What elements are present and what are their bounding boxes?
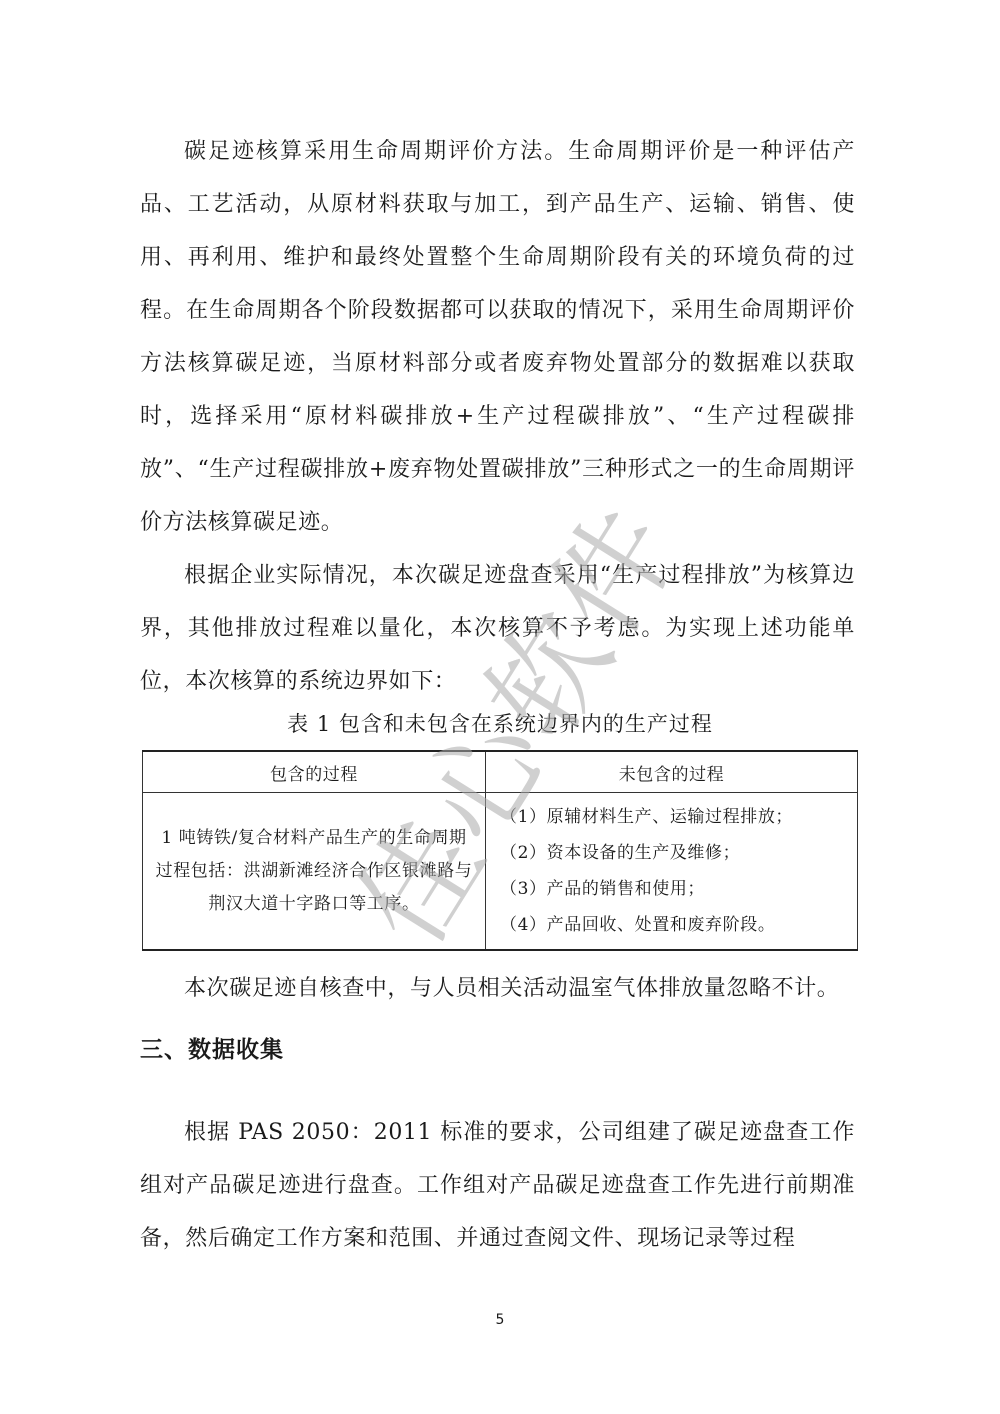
table-header-row: 包含的过程 未包含的过程 — [143, 751, 858, 793]
excluded-item-1: （1）原辅材料生产、运输过程排放； — [500, 799, 843, 835]
page-number: 5 — [0, 1312, 1000, 1328]
header-included: 包含的过程 — [143, 751, 486, 793]
table-row: 1 吨铸铁/复合材料产品生产的生命周期过程包括：洪湖新滩经济合作区银滩路与荆汉大… — [143, 793, 858, 951]
paragraph-personnel-emissions: 本次碳足迹自核查中，与人员相关活动温室气体排放量忽略不计。 — [140, 962, 855, 1015]
excluded-process-cell: （1）原辅材料生产、运输过程排放； （2）资本设备的生产及维修； （3）产品的销… — [486, 793, 858, 951]
header-excluded: 未包含的过程 — [486, 751, 858, 793]
excluded-item-4: （4）产品回收、处置和废弃阶段。 — [500, 907, 843, 943]
excluded-item-3: （3）产品的销售和使用； — [500, 871, 843, 907]
paragraph-pas2050: 根据 PAS 2050：2011 标准的要求，公司组建了碳足迹盘查工作组对产品碳… — [140, 1106, 855, 1265]
included-process-cell: 1 吨铸铁/复合材料产品生产的生命周期过程包括：洪湖新滩经济合作区银滩路与荆汉大… — [143, 793, 486, 951]
paragraph-lca-method: 碳足迹核算采用生命周期评价方法。生命周期评价是一种评估产品、工艺活动，从原材料获… — [140, 125, 855, 549]
excluded-item-2: （2）资本设备的生产及维修； — [500, 835, 843, 871]
table-caption: 表 1 包含和未包含在系统边界内的生产过程 — [0, 708, 1000, 738]
system-boundary-table: 包含的过程 未包含的过程 1 吨铸铁/复合材料产品生产的生命周期过程包括：洪湖新… — [142, 750, 858, 951]
section-heading-data-collection: 三、数据收集 — [140, 1031, 284, 1064]
paragraph-accounting-boundary: 根据企业实际情况，本次碳足迹盘查采用“生产过程排放”为核算边界，其他排放过程难以… — [140, 549, 855, 708]
document-page: 碳足迹核算采用生命周期评价方法。生命周期评价是一种评估产品、工艺活动，从原材料获… — [0, 0, 1000, 1414]
